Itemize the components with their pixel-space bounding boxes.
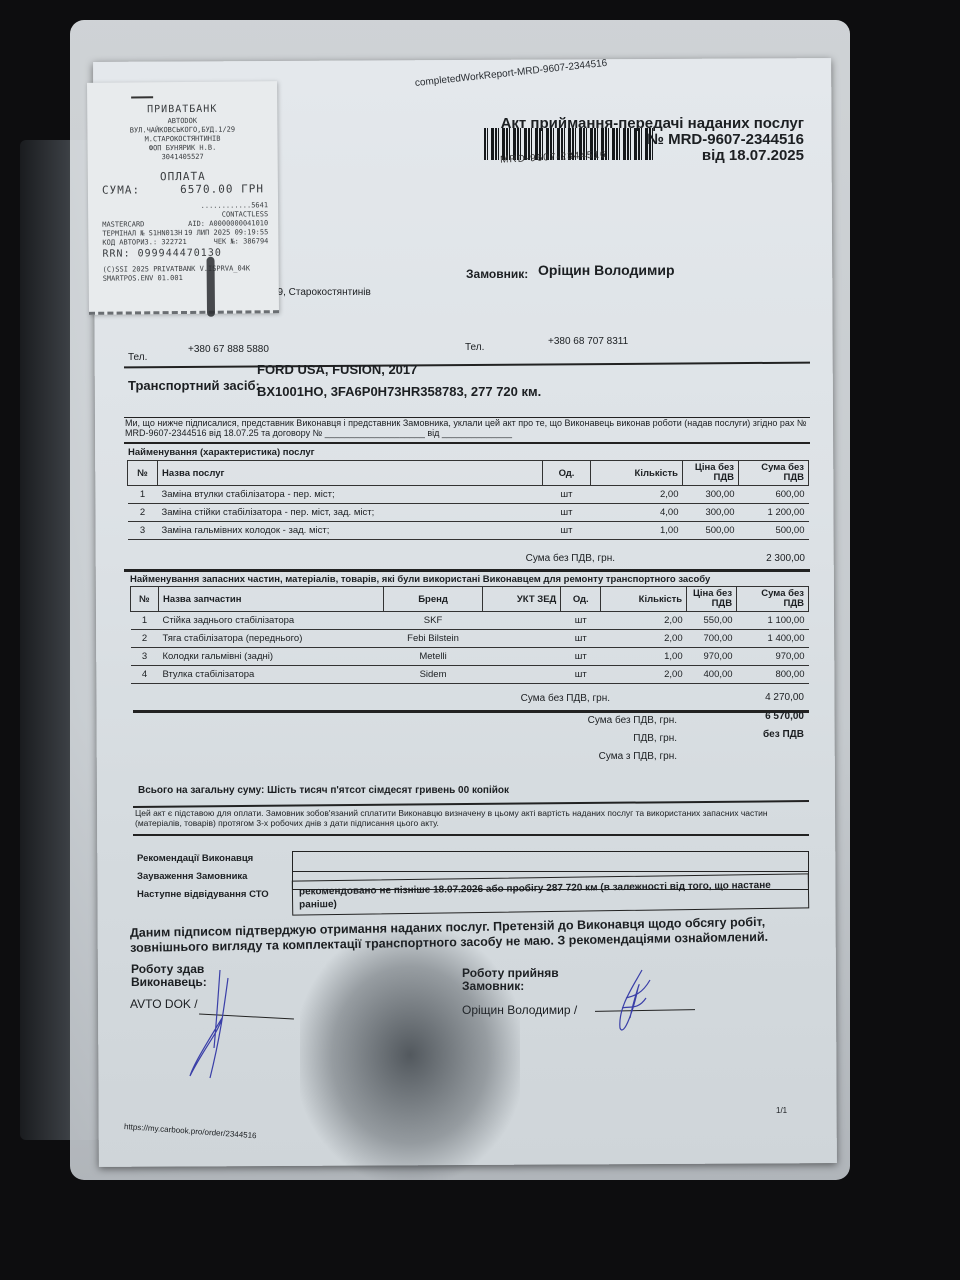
col-quantity: Кількість xyxy=(601,587,687,612)
receipt-sum-label: СУМА: xyxy=(102,183,140,196)
parts-section-title: Найменування запасних частин, матеріалів… xyxy=(130,574,710,585)
service-cell: 300,00 xyxy=(683,486,739,504)
part-row: 4Втулка стабілізатораSidemшт2,00400,0080… xyxy=(131,666,809,684)
total-no-vat-value: 6 570,00 xyxy=(684,711,804,722)
part-cell: Стійка заднього стабілізатора xyxy=(158,612,383,630)
total-in-words: Всього на загальну суму: Шість тисяч п'я… xyxy=(138,785,509,796)
vat-label: ПДВ, грн. xyxy=(457,733,677,744)
part-cell: Колодки гальмівні (задні) xyxy=(158,648,383,666)
col-sum: Сума без ПДВ xyxy=(737,587,809,612)
service-cell: Заміна втулки стабілізатора - пер. міст; xyxy=(158,486,543,504)
service-cell: 500,00 xyxy=(739,522,809,540)
parts-table: № Назва запчастин Бренд УКТ ЗЕД Од. Кіль… xyxy=(130,586,809,684)
service-cell: 1,00 xyxy=(591,522,683,540)
part-cell: 1,00 xyxy=(601,648,687,666)
client-tel: +380 68 707 8311 xyxy=(548,336,628,347)
part-cell: шт xyxy=(561,612,601,630)
service-cell: 500,00 xyxy=(683,522,739,540)
client-signature-label: Роботу прийняв Замовник: xyxy=(462,967,559,993)
col-sum: Сума без ПДВ xyxy=(739,461,809,486)
next-visit-label: Наступне відвідування СТО xyxy=(137,889,269,900)
col-quantity: Кількість xyxy=(591,461,683,486)
part-cell: шт xyxy=(561,648,601,666)
part-cell: 400,00 xyxy=(687,666,737,684)
page-number: 1/1 xyxy=(776,1106,787,1115)
part-row: 2Тяга стабілізатора (переднього)Febi Bil… xyxy=(131,630,809,648)
part-cell xyxy=(483,666,561,684)
part-cell: 4 xyxy=(131,666,159,684)
executor-address: 29, Старокостянтинів xyxy=(272,287,371,298)
service-cell: 2 xyxy=(128,504,158,522)
part-cell: Febi Bilstein xyxy=(383,630,483,648)
part-cell: 970,00 xyxy=(737,648,809,666)
executor-tel: +380 67 888 5880 xyxy=(188,344,269,355)
part-cell: 2,00 xyxy=(601,630,687,648)
service-cell: 3 xyxy=(128,522,158,540)
parts-subtotal-value: 4 270,00 xyxy=(684,692,804,703)
receipt-sum-row: СУМА: 6570.00 ГРН xyxy=(88,182,278,197)
part-cell: SKF xyxy=(383,612,483,630)
part-cell: 700,00 xyxy=(687,630,737,648)
total-no-vat-label: Сума без ПДВ, грн. xyxy=(457,715,677,726)
col-price: Ціна без ПДВ xyxy=(683,461,739,486)
service-cell: 1 200,00 xyxy=(739,504,809,522)
service-cell: 2,00 xyxy=(591,486,683,504)
col-unit: Од. xyxy=(543,461,591,486)
part-cell: 2,00 xyxy=(601,612,687,630)
part-cell: Sidem xyxy=(383,666,483,684)
part-cell: 1 xyxy=(131,612,159,630)
part-cell: шт xyxy=(561,666,601,684)
part-cell: 550,00 xyxy=(687,612,737,630)
receipt-merchant-lines: АВТОDОКВУЛ.ЧАЙКОВСЬКОГО,БУД.1/29М.СТАРОК… xyxy=(87,116,277,163)
part-cell: 2 xyxy=(131,630,159,648)
receipt-footer: (C)SSI 2025 PRIVATBANK V.ISPRVA_04K SMAR… xyxy=(89,264,279,284)
service-cell: 1 xyxy=(128,486,158,504)
divider xyxy=(124,569,810,572)
client-signature xyxy=(612,968,662,1038)
vehicle-model: FORD USA, FUSION, 2017 xyxy=(257,362,417,377)
part-cell: Тяга стабілізатора (переднього) xyxy=(158,630,383,648)
services-header-row: № Назва послуг Од. Кількість Ціна без ПД… xyxy=(128,461,809,486)
part-cell: 800,00 xyxy=(737,666,809,684)
col-number: № xyxy=(128,461,158,486)
service-row: 2Заміна стійки стабілізатора - пер. міст… xyxy=(128,504,809,522)
part-cell xyxy=(483,630,561,648)
executor-tel-label: Тел. xyxy=(128,352,147,363)
service-cell: шт xyxy=(543,486,591,504)
next-visit-field: рекомендовано не пізніше 18.07.2026 або … xyxy=(292,873,809,915)
part-cell: 2,00 xyxy=(601,666,687,684)
services-section-title: Найменування (характеристика) послуг xyxy=(128,447,315,458)
service-cell: 600,00 xyxy=(739,486,809,504)
executor-signature xyxy=(180,968,260,1088)
part-cell xyxy=(483,612,561,630)
part-cell xyxy=(483,648,561,666)
services-subtotal-value: 2 300,00 xyxy=(685,553,805,564)
receipt-card-type: MASTERCARD xyxy=(102,220,144,229)
part-cell: 970,00 xyxy=(687,648,737,666)
receipt-mark xyxy=(131,96,153,98)
receipt-merchant-line: 3041405527 xyxy=(88,152,278,163)
vehicle-details: BX1001HO, 3FA6P0H73HR358783, 277 720 км. xyxy=(257,384,541,399)
client-remarks-label: Зауваження Замовника xyxy=(137,871,247,882)
part-row: 3Колодки гальмівні (задні)Metelliшт1,009… xyxy=(131,648,809,666)
receipt-auth-code: КОД АВТОРИЗ.: 322721 xyxy=(102,238,186,248)
intro-text: Ми, що нижче підписалися, представник Ви… xyxy=(125,418,810,438)
service-row: 3Заміна гальмівних колодок - зад. міст;ш… xyxy=(128,522,809,540)
receipt-sum-value: 6570.00 ГРН xyxy=(180,182,264,196)
receipt-card-details: ............5641 CONTACTLESS MASTERCARDA… xyxy=(88,195,278,248)
part-cell: 1 400,00 xyxy=(737,630,809,648)
executor-recommendations-field xyxy=(292,851,809,872)
divider xyxy=(124,442,810,444)
services-table: № Назва послуг Од. Кількість Ціна без ПД… xyxy=(127,460,809,540)
client-name: Оріщин Володимир xyxy=(538,262,675,278)
services-subtotal-label: Сума без ПДВ, грн. xyxy=(395,553,615,564)
col-unit: Од. xyxy=(561,587,601,612)
client-signatory: Оріщин Володимир / xyxy=(462,1003,577,1017)
executor-recommendations-label: Рекомендації Виконавця xyxy=(137,853,253,864)
part-row: 1Стійка заднього стабілізатораSKFшт2,005… xyxy=(131,612,809,630)
parts-subtotal-label: Сума без ПДВ, грн. xyxy=(390,693,610,704)
receipt-rrn: RRN: 099944470130 xyxy=(88,247,278,260)
service-cell: шт xyxy=(543,504,591,522)
service-cell: 4,00 xyxy=(591,504,683,522)
col-uktzed: УКТ ЗЕД xyxy=(483,587,561,612)
part-cell: 3 xyxy=(131,648,159,666)
receipt-contactless: CONTACTLESS xyxy=(222,210,268,219)
receipt-bank-name: ПРИВАТБАНК xyxy=(87,103,277,116)
divider xyxy=(133,834,809,836)
col-part-name: Назва запчастин xyxy=(158,587,383,612)
payment-receipt: ПРИВАТБАНК АВТОDОКВУЛ.ЧАЙКОВСЬКОГО,БУД.1… xyxy=(87,81,279,315)
service-cell: шт xyxy=(543,522,591,540)
part-cell: Втулка стабілізатора xyxy=(158,666,383,684)
part-cell: Metelli xyxy=(383,648,483,666)
payment-terms: Цей акт є підставою для оплати. Замовник… xyxy=(135,808,805,828)
part-cell: 1 100,00 xyxy=(737,612,809,630)
col-number: № xyxy=(131,587,159,612)
parts-header-row: № Назва запчастин Бренд УКТ ЗЕД Од. Кіль… xyxy=(131,587,809,612)
service-cell: 300,00 xyxy=(683,504,739,522)
col-price: Ціна без ПДВ xyxy=(687,587,737,612)
col-brand: Бренд xyxy=(383,587,483,612)
receipt-check-no: ЧЕК №: 386794 xyxy=(214,237,269,246)
service-cell: Заміна стійки стабілізатора - пер. міст,… xyxy=(158,504,543,522)
service-row: 1Заміна втулки стабілізатора - пер. міст… xyxy=(128,486,809,504)
client-label: Замовник: xyxy=(466,267,528,281)
total-with-vat-label: Сума з ПДВ, грн. xyxy=(457,751,677,762)
vat-value: без ПДВ xyxy=(684,729,804,740)
service-cell: Заміна гальмівних колодок - зад. міст; xyxy=(158,522,543,540)
vehicle-label: Транспортний засіб: xyxy=(128,378,260,393)
col-service-name: Назва послуг xyxy=(158,461,543,486)
part-cell: шт xyxy=(561,630,601,648)
client-tel-label: Тел. xyxy=(465,342,484,353)
receipt-pen-mark xyxy=(207,257,216,317)
